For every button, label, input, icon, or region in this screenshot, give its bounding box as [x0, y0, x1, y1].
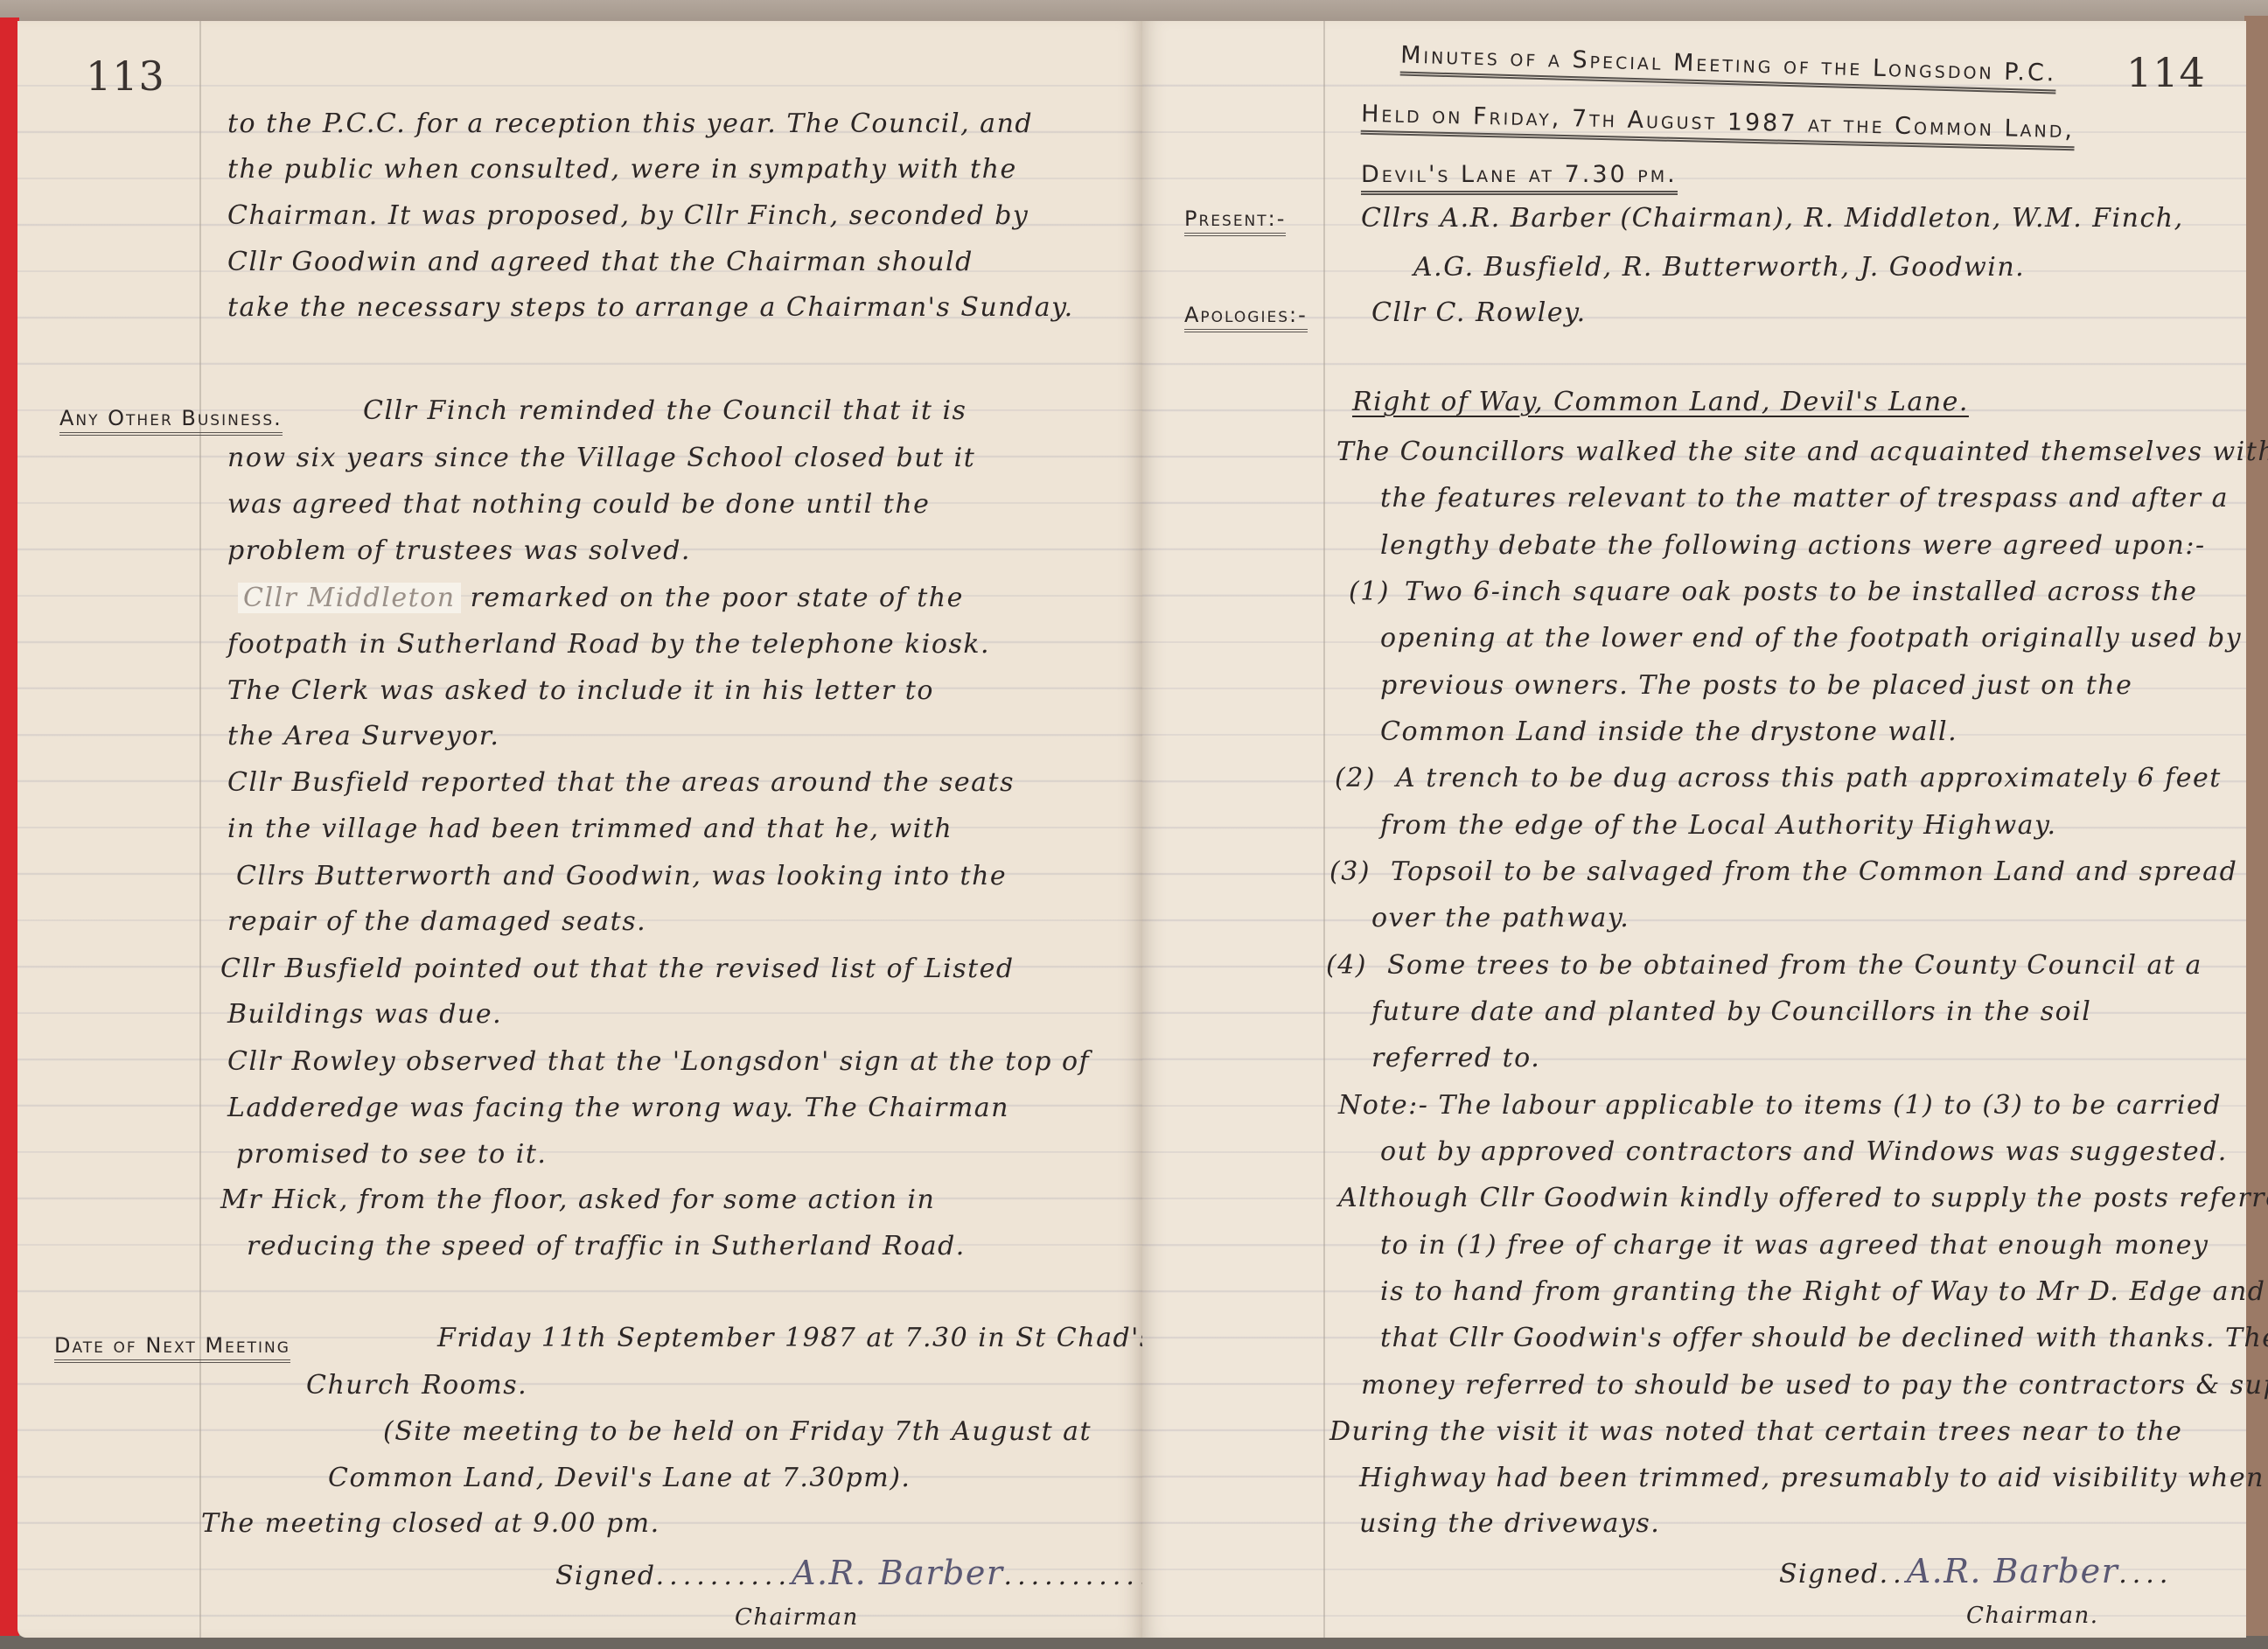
text-line: take the necessary steps to arrange a Ch…: [227, 292, 1074, 323]
text-line: Chairman. It was proposed, by Cllr Finch…: [227, 200, 1029, 231]
text-line: promised to see to it.: [236, 1139, 547, 1170]
text-line: repair of the damaged seats.: [227, 906, 646, 937]
item-heading: Right of Way, Common Land, Devil's Lane.: [1352, 387, 1969, 417]
text-line: Topsoil to be salvaged from the Common L…: [1391, 856, 2237, 887]
right-page: 114 Minutes of a Special Meeting of the …: [1142, 21, 2246, 1638]
page-number: 114: [2126, 49, 2206, 96]
text-line: reducing the speed of traffic in Sutherl…: [247, 1231, 966, 1261]
text-line: Two 6-inch square oak posts to be instal…: [1405, 576, 2197, 607]
text-line: Cllrs Butterworth and Goodwin, was looki…: [236, 861, 1007, 891]
note-line: Highway had been trimmed, presumably to …: [1359, 1463, 2265, 1493]
text-fragment: remarked on the poor state of the: [471, 583, 964, 613]
text-line: in the village had been trimmed and that…: [227, 814, 953, 844]
text-line: Ladderedge was facing the wrong way. The…: [227, 1093, 1009, 1123]
note-line: Note:- The labour applicable to items (1…: [1338, 1090, 2222, 1121]
text-line: Some trees to be obtained from the Count…: [1387, 950, 2202, 981]
text-line: previous owners. The posts to be placed …: [1380, 670, 2132, 701]
action-number: (1): [1349, 576, 1390, 607]
text-line: Friday 11th September 1987 at 7.30 in St…: [437, 1323, 1155, 1353]
action-number: (4): [1326, 950, 1367, 981]
meeting-title: Minutes of a Special Meeting of the Long…: [1400, 42, 2057, 94]
redacted-name: Cllr Middleton: [238, 583, 461, 613]
text-line: Cllr Middleton remarked on the poor stat…: [238, 583, 964, 613]
apologies-label: Apologies:-: [1184, 303, 1308, 332]
text-line: the features relevant to the matter of t…: [1380, 483, 2229, 514]
text-line: the Area Surveyor.: [227, 721, 499, 751]
signed-label: Signed: [1779, 1559, 1880, 1590]
text-line: now six years since the Village School c…: [227, 443, 975, 473]
note-line: out by approved contractors and Windows …: [1380, 1136, 2228, 1167]
text-line: Cllr Goodwin and agreed that the Chairma…: [227, 247, 973, 277]
page-number: 113: [86, 52, 165, 100]
text-line: was agreed that nothing could be done un…: [227, 489, 930, 520]
left-page: 113 to the P.C.C. for a reception this y…: [17, 21, 1142, 1638]
meeting-title: Devil's Lane at 7.30 pm.: [1361, 161, 1678, 195]
text-line: (Site meeting to be held on Friday 7th A…: [383, 1416, 1092, 1447]
margin-line: [199, 21, 201, 1638]
signature-dots: ..: [1880, 1559, 1907, 1590]
note-line: During the visit it was noted that certa…: [1329, 1416, 2182, 1447]
text-line: Cllr Busfield reported that the areas ar…: [227, 767, 1015, 798]
note-line: Although Cllr Goodwin kindly offered to …: [1338, 1183, 2268, 1213]
note-line: is to hand from granting the Right of Wa…: [1380, 1276, 2265, 1307]
book-right-edge: [2244, 16, 2268, 1649]
text-line: The meeting closed at 9.00 pm.: [201, 1508, 660, 1539]
text-line: over the pathway.: [1371, 903, 1629, 933]
red-book-cover: [0, 17, 19, 1649]
attendees-line: Cllrs A.R. Barber (Chairman), R. Middlet…: [1361, 203, 2184, 234]
book-bottom-edge: [0, 1636, 2268, 1649]
attendees-line: A.G. Busfield, R. Butterworth, J. Goodwi…: [1413, 252, 2025, 283]
action-number: (2): [1335, 763, 1376, 793]
present-label: Present:-: [1184, 206, 1286, 236]
signature-block: Signed..A.R. Barber....: [1779, 1552, 2173, 1590]
signature: A.R. Barber: [1907, 1552, 2119, 1590]
text-line: Church Rooms.: [306, 1370, 527, 1401]
signature: A.R. Barber: [792, 1554, 1004, 1592]
margin-line: [1323, 21, 1325, 1638]
text-line: Cllr Finch reminded the Council that it …: [363, 395, 967, 426]
text-line: problem of trustees was solved.: [227, 535, 691, 566]
text-line: Common Land, Devil's Lane at 7.30pm).: [328, 1463, 911, 1493]
note-line: to in (1) free of charge it was agreed t…: [1380, 1230, 2209, 1261]
text-line: A trench to be dug across this path appr…: [1396, 763, 2222, 793]
signature-role: Chairman: [735, 1604, 859, 1631]
note-line: money referred to should be used to pay …: [1361, 1370, 2268, 1401]
text-line: referred to.: [1371, 1043, 1540, 1073]
text-line: Cllr Rowley observed that the 'Longsdon'…: [227, 1046, 1090, 1077]
text-line: the public when consulted, were in sympa…: [227, 154, 1017, 185]
text-line: future date and planted by Councillors i…: [1371, 996, 2091, 1027]
signature-dots: ....: [2118, 1559, 2173, 1590]
signature-role: Chairman.: [1966, 1603, 2099, 1629]
text-line: Cllr Busfield pointed out that the revis…: [220, 954, 1015, 984]
text-line: from the edge of the Local Authority Hig…: [1380, 810, 2057, 841]
note-line: that Cllr Goodwin's offer should be decl…: [1380, 1323, 2268, 1353]
text-line: to the P.C.C. for a reception this year.…: [227, 108, 1033, 139]
apologies-value: Cllr C. Rowley.: [1371, 297, 1587, 328]
text-line: Common Land inside the drystone wall.: [1380, 716, 1957, 747]
section-heading-next-meeting: Date of Next Meeting: [54, 1333, 290, 1363]
text-line: opening at the lower end of the footpath…: [1380, 623, 2242, 653]
text-line: The Councillors walked the site and acqu…: [1336, 437, 2268, 467]
note-line: using the driveways.: [1359, 1508, 1660, 1539]
signature-dots: ..........: [656, 1561, 792, 1591]
text-line: lengthy debate the following actions wer…: [1380, 530, 2206, 561]
signature-block: Signed..........A.R. Barber...........: [555, 1554, 1153, 1592]
signed-label: Signed: [555, 1561, 656, 1591]
signature-dots: ...........: [1004, 1561, 1154, 1591]
action-number: (3): [1329, 856, 1371, 887]
text-line: footpath in Sutherland Road by the telep…: [227, 629, 990, 660]
meeting-title: Held on Friday, 7th August 1987 at the C…: [1361, 101, 2076, 151]
text-line: Buildings was due.: [227, 999, 502, 1030]
section-heading-aob: Any Other Business.: [59, 406, 283, 436]
text-line: The Clerk was asked to include it in his…: [227, 675, 934, 706]
text-line: Mr Hick, from the floor, asked for some …: [220, 1184, 935, 1215]
